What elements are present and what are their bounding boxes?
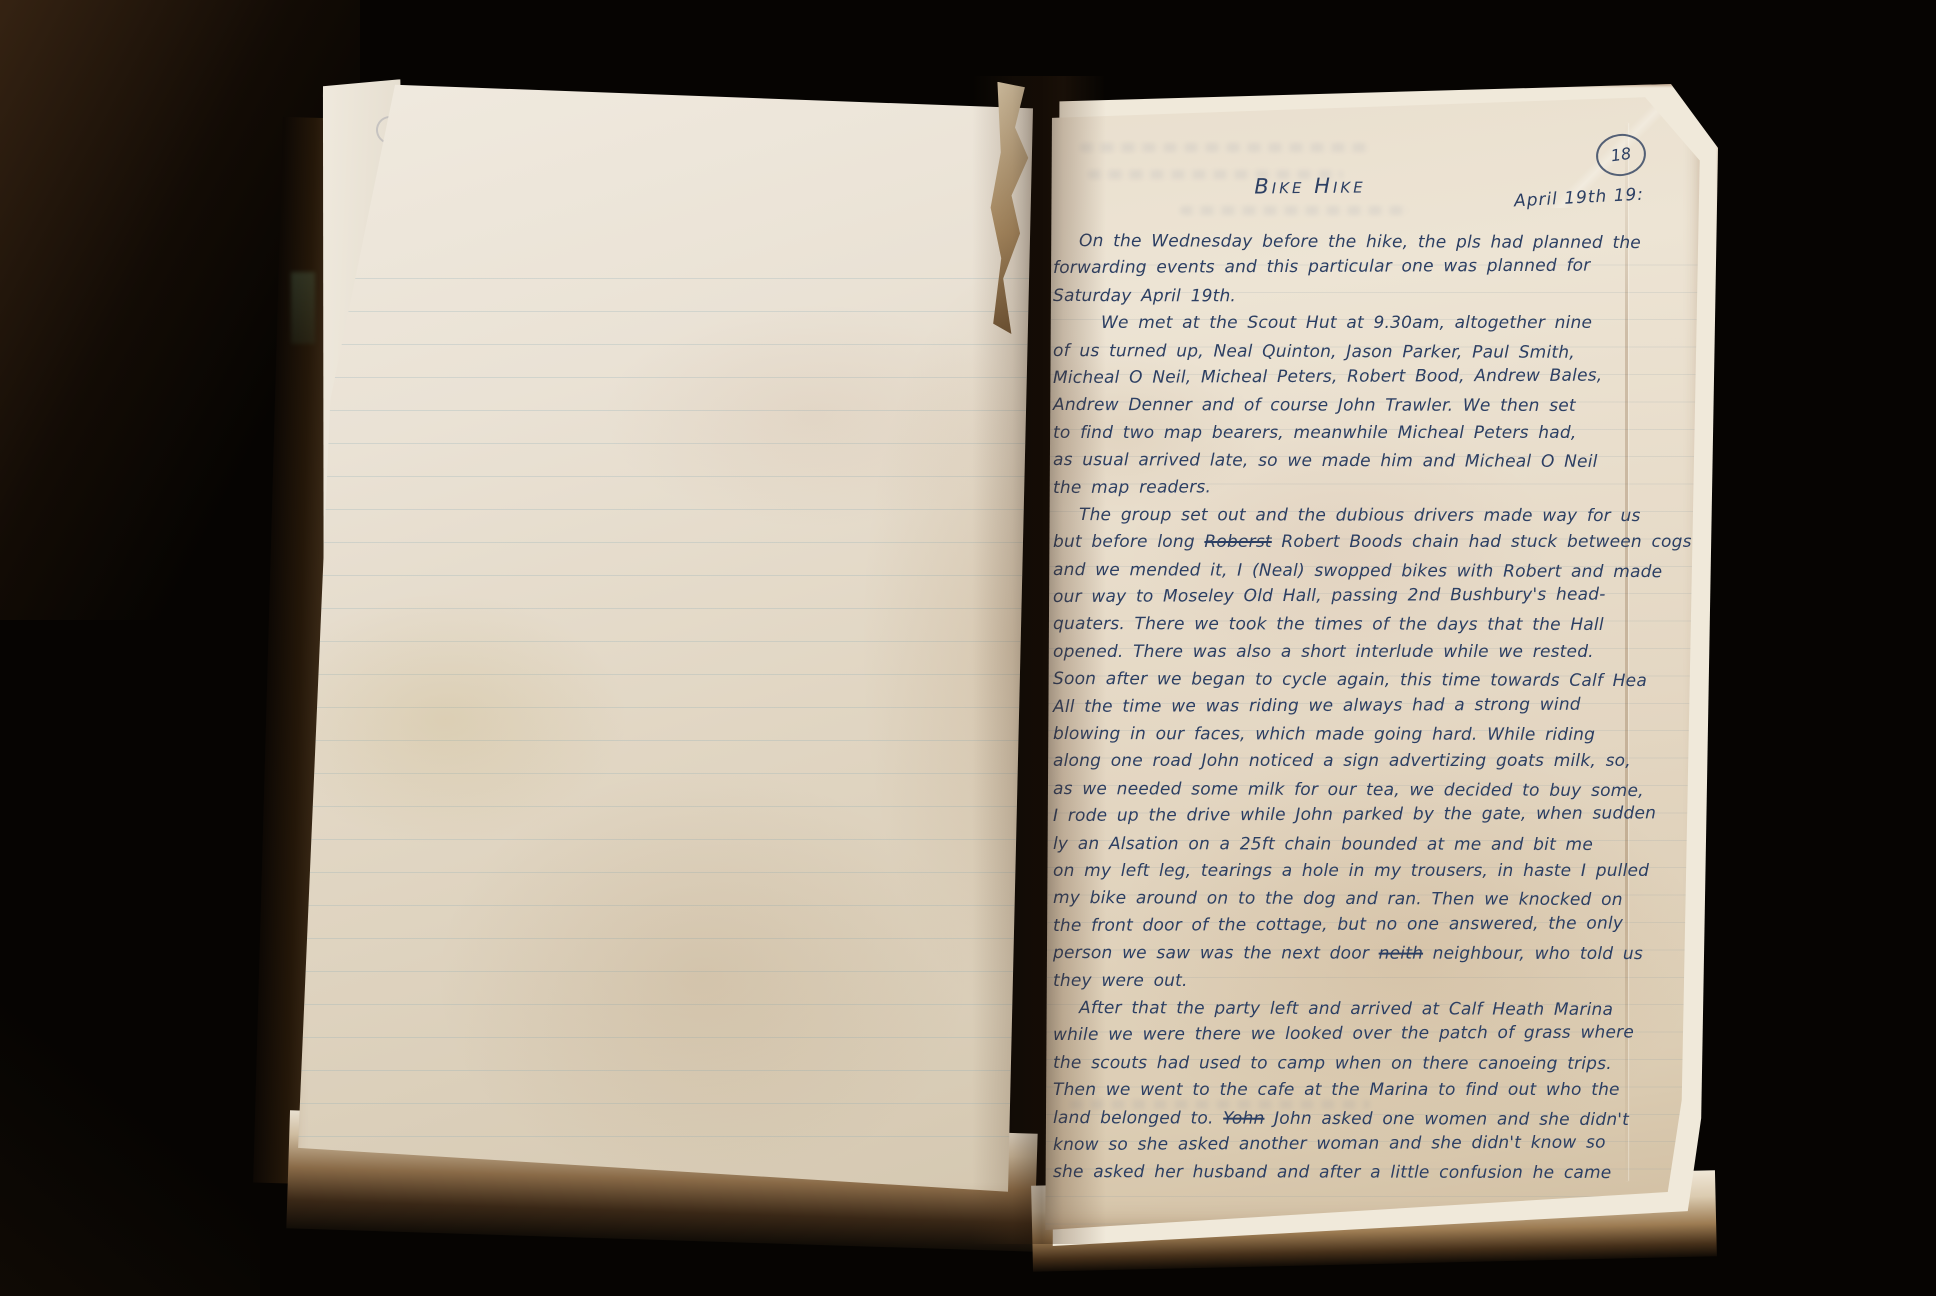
page-title: Bike Hike bbox=[1205, 173, 1415, 199]
handwritten-line: person we saw was the next door neith ne… bbox=[1053, 940, 1705, 969]
page-number-badge: 18 bbox=[1593, 131, 1648, 180]
handwritten-line: our way to Moseley Old Hall, passing 2nd… bbox=[1053, 581, 1705, 611]
handwritten-line: the map readers. bbox=[1053, 472, 1705, 502]
handwriting-lines: On the Wednesday before the hike, the pl… bbox=[1053, 228, 1705, 1187]
entry-date: April 19th 19: bbox=[1514, 185, 1645, 212]
show-through-text bbox=[1080, 143, 1370, 152]
struck-word: Yohn bbox=[1223, 1108, 1264, 1128]
page-edge-smudge bbox=[291, 272, 315, 344]
left-page bbox=[298, 78, 1033, 1203]
struck-word: neith bbox=[1379, 944, 1423, 964]
handwritten-line: I rode up the drive while John parked by… bbox=[1053, 800, 1705, 830]
handwritten-line: quaters. There we took the times of the … bbox=[1053, 611, 1705, 640]
handwritten-line: along one road John noticed a sign adver… bbox=[1053, 748, 1705, 775]
handwritten-line: The group set out and the dubious driver… bbox=[1053, 502, 1705, 531]
background-corner-glow-bottom bbox=[0, 996, 260, 1296]
right-page: 18 Bike Hike April 19th 19: On the Wedne… bbox=[1040, 88, 1705, 1238]
handwritten-line: Andrew Denner and of course John Trawler… bbox=[1053, 392, 1705, 421]
show-through-text bbox=[1180, 206, 1410, 215]
handwritten-line: the front door of the cottage, but no on… bbox=[1053, 910, 1705, 940]
handwritten-line: opened. There was also a short interlude… bbox=[1053, 639, 1705, 666]
handwritten-line: All the time we was riding we always had… bbox=[1053, 691, 1705, 721]
handwritten-line: We met at the Scout Hut at 9.30am, altog… bbox=[1053, 310, 1705, 337]
handwritten-line: Then we went to the cafe at the Marina t… bbox=[1053, 1077, 1705, 1104]
handwritten-line: they were out. bbox=[1053, 968, 1705, 995]
handwritten-line: but before long Roberst Robert Boods cha… bbox=[1053, 529, 1705, 556]
handwritten-line: blowing in our faces, which made going h… bbox=[1053, 721, 1705, 750]
notebook-photo: 18 Bike Hike April 19th 19: On the Wedne… bbox=[0, 0, 1936, 1296]
handwritten-line: Saturday April 19th. bbox=[1053, 283, 1705, 312]
handwritten-line: forwarding events and this particular on… bbox=[1053, 253, 1705, 283]
handwritten-line: while we were there we looked over the p… bbox=[1053, 1019, 1705, 1049]
handwritten-line: she asked her husband and after a little… bbox=[1053, 1159, 1705, 1188]
handwritten-line: know so she asked another woman and she … bbox=[1053, 1129, 1705, 1159]
handwritten-line: to find two map bearers, meanwhile Miche… bbox=[1053, 420, 1705, 447]
handwritten-line: Micheal O Neil, Micheal Peters, Robert B… bbox=[1053, 362, 1705, 392]
handwritten-line: the scouts had used to camp when on ther… bbox=[1053, 1050, 1705, 1079]
paper-stains bbox=[298, 78, 1033, 1203]
handwritten-line: ly an Alsation on a 25ft chain bounded a… bbox=[1053, 831, 1705, 860]
ruled-lines bbox=[298, 246, 1033, 1146]
handwritten-line: on my left leg, tearings a hole in my tr… bbox=[1053, 858, 1705, 885]
struck-word: Roberst bbox=[1204, 532, 1271, 552]
